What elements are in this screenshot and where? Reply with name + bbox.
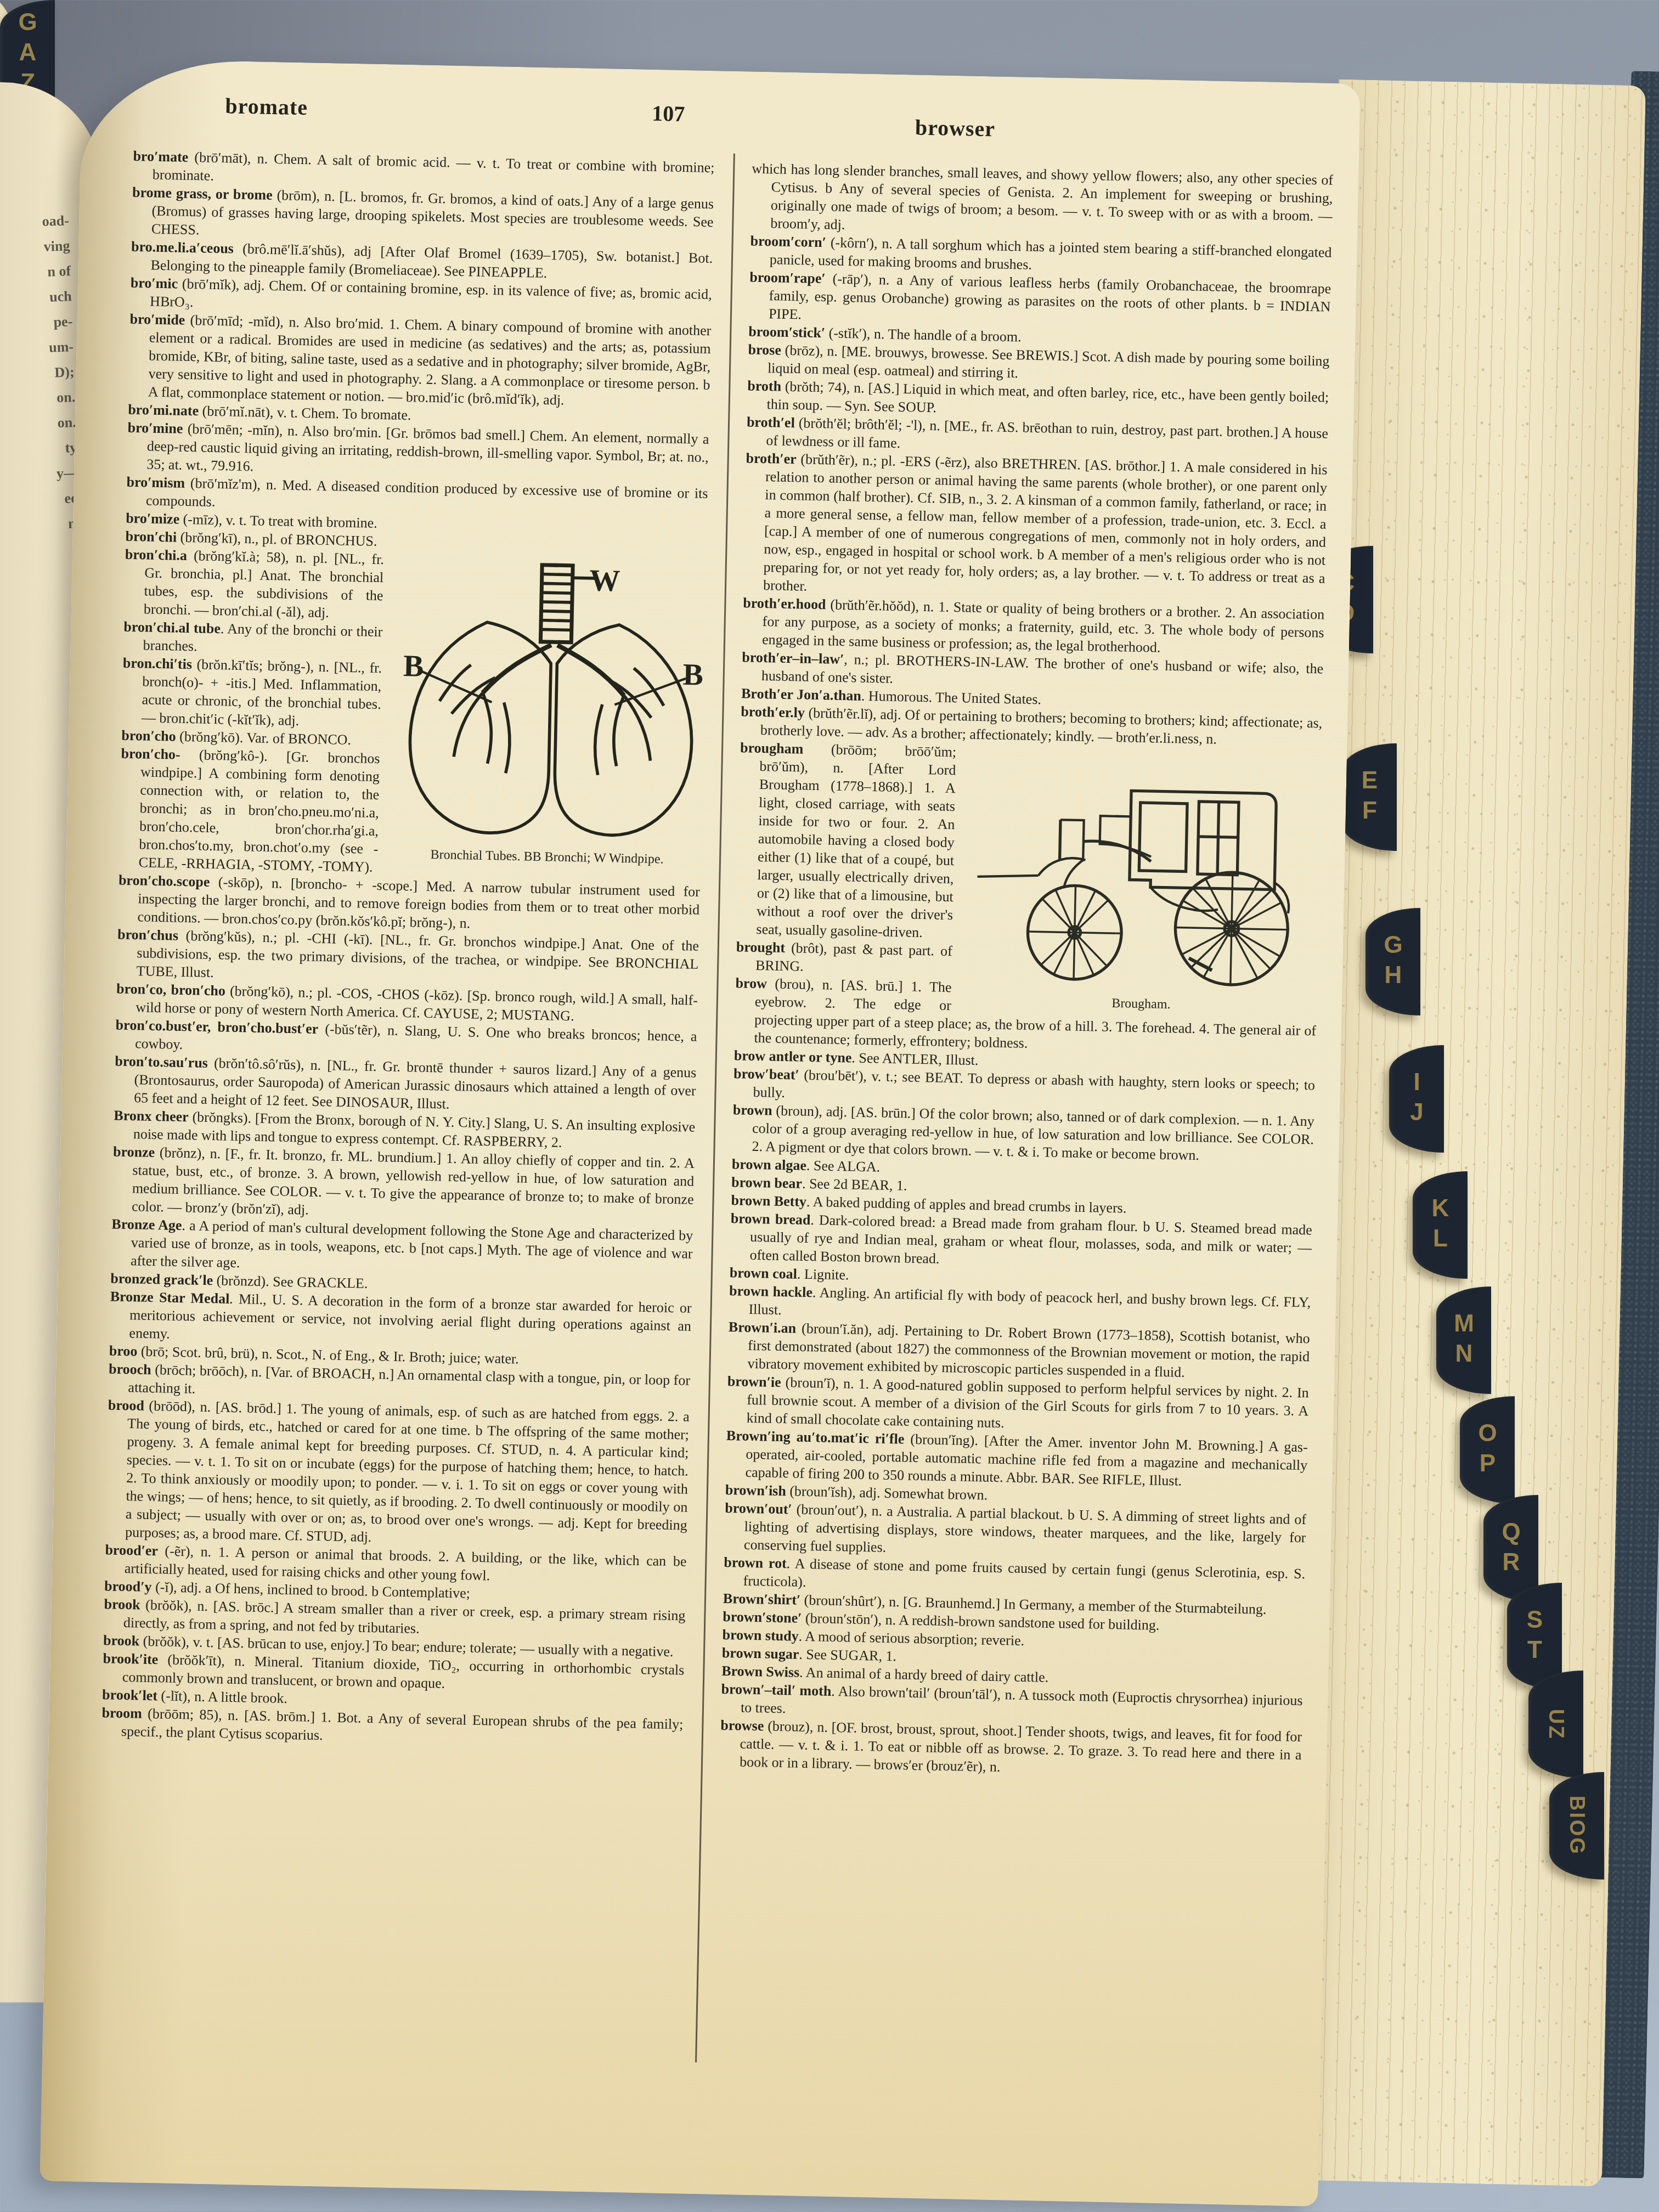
right-column-entries-top: which has long slender branches, small l…	[740, 160, 1333, 751]
headword: Brown′ing au′to.mat′ic ri′fle	[726, 1427, 905, 1447]
headword: bro′mine	[127, 420, 183, 437]
page-number: 107	[652, 100, 685, 127]
definition-text: . Lignite.	[797, 1266, 849, 1283]
definition-text: (brōōm; brōō′ŭm; brō′ŭm), n. [After Lord…	[756, 741, 956, 940]
definition-text: (broun), adj. [AS. brūn.] Of the color b…	[752, 1103, 1314, 1164]
right-column: which has long slender branches, small l…	[712, 160, 1334, 2168]
thumb-tab-label: MN	[1452, 1310, 1476, 1370]
headword: bron′chi.al tube	[123, 619, 221, 637]
cut-off-text-fragment: ving	[42, 233, 70, 259]
definition-text: (brō′mīd; -mĭd), n. Also bro′mid. 1. Che…	[148, 312, 712, 408]
headword: broom′stick′	[748, 323, 825, 341]
headword: bron′co.bust′er, bron′cho.bust′er	[115, 1017, 318, 1037]
cut-off-text-fragment: ty	[49, 435, 77, 461]
headword: brooch	[109, 1361, 151, 1378]
headword: brougham	[740, 740, 804, 757]
thumb-tab[interactable]: UZ	[1528, 1671, 1583, 1778]
headword: Broth′er Jon′a.than	[741, 685, 861, 703]
dictionary-entry: browse (brouz), n. [OF. brost, broust, s…	[720, 1716, 1302, 1782]
dictionary-entry: bro′mide (brō′mīd; -mĭd), n. Also bro′mi…	[128, 310, 712, 412]
headword: brown′out′	[725, 1500, 792, 1517]
headword: brood′er	[105, 1542, 158, 1559]
headword: bron′chi.a	[125, 546, 188, 563]
dictionary-entry: brood (brōōd), n. [AS. brōd.] 1. The you…	[105, 1396, 690, 1552]
headword: bro′mi.nate	[128, 402, 199, 419]
cut-off-text-fragment: um-	[46, 334, 74, 360]
thumb-tab[interactable]: KL	[1413, 1171, 1468, 1279]
running-head: bromate 107 browser	[81, 90, 1360, 154]
headword: Bronx cheer	[114, 1108, 189, 1125]
headword: Brown′i.an	[729, 1319, 797, 1336]
thumb-tab[interactable]: ST	[1507, 1583, 1562, 1690]
definition-text: (broun′ĭsh), adj. Somewhat brown.	[786, 1483, 988, 1503]
definition-text: (-lĭt), n. A little brook.	[157, 1688, 287, 1706]
cut-off-text-fragment: oad-	[42, 208, 70, 234]
thumb-tab-label: GH	[1381, 932, 1405, 992]
headword: brood	[108, 1397, 145, 1413]
definition-text: . See 2d BEAR, 1.	[802, 1176, 907, 1194]
lungs-label-left: B	[403, 649, 425, 684]
headword: brown study	[722, 1627, 799, 1644]
headword: brook	[104, 1596, 140, 1612]
headword: brown hackle	[729, 1283, 812, 1300]
headword: brown bread	[731, 1210, 811, 1228]
cut-off-text-fragment: n of	[43, 258, 71, 285]
headword: bro′mide	[129, 311, 185, 328]
lungs-label-right: B	[682, 658, 704, 692]
brougham-illustration: Brougham.	[966, 746, 1322, 1016]
headword: brown Betty	[731, 1192, 806, 1210]
headword: brown′–tail′ moth	[721, 1681, 831, 1699]
thumb-tab[interactable]: QR	[1483, 1495, 1538, 1602]
headword: bron′chi	[125, 528, 177, 545]
left-column: bro′mate (brō′māt), n. Chem. A salt of b…	[93, 147, 715, 2155]
headword: brow′beat′	[733, 1065, 799, 1082]
definition-text: (brôt), past & past part. of BRING.	[755, 940, 952, 974]
headword: brow antler or tyne	[734, 1047, 852, 1065]
guide-word-right: browser	[915, 114, 995, 142]
headword: Brown Swiss	[721, 1663, 799, 1680]
headword: bron′cho	[121, 727, 176, 744]
headword: brook′let	[102, 1686, 157, 1703]
definition-text: (broun′out′), n. a Australia. A partial …	[744, 1501, 1307, 1555]
definition-text: (brŏn′tô.sô′rŭs), n. [NL., fr. Gr. bront…	[134, 1055, 697, 1112]
headword: broth	[747, 377, 781, 394]
headword: brown′stone′	[723, 1609, 802, 1626]
headword: brown	[733, 1102, 772, 1118]
headword: bro′mic	[131, 275, 178, 292]
headword: broth′er.ly	[741, 703, 805, 720]
thumb-tab-label: OP	[1475, 1420, 1499, 1480]
headword: bronze	[113, 1143, 155, 1160]
cut-off-text-fragment: uch	[44, 284, 72, 310]
dictionary-entry: broth′er (brŭth′ẽr), n.; pl. -ERS (-ẽrz)…	[743, 449, 1328, 605]
headword: brose	[748, 341, 781, 358]
headword: bron′cho.scope	[119, 872, 210, 890]
headword: broth′er.hood	[743, 595, 826, 612]
definition-text: (-rāp′), n. a Any of various leafless he…	[769, 270, 1331, 322]
lungs-label-windpipe: W	[589, 563, 620, 598]
thumb-tab-label: UZ	[1545, 1709, 1566, 1740]
carriage-drawing	[966, 746, 1322, 998]
thumb-tab[interactable]: EF	[1342, 743, 1397, 851]
thumb-tab[interactable]: OP	[1460, 1396, 1515, 1504]
headword: brown sugar	[722, 1645, 799, 1662]
headword: broth′er–in–law′	[742, 649, 844, 667]
headword: bro′mize	[126, 510, 179, 527]
thumb-tab[interactable]: GH	[1365, 908, 1420, 1015]
definition-text: (brŏng′kô-). [Gr. bronchos windpipe.] A …	[138, 747, 380, 875]
thumb-tab-label: BIOG	[1566, 1796, 1587, 1855]
cut-off-text-fragment: on.	[49, 410, 77, 436]
bronchial-tubes-illustration: B W B Bronchial Tubes. BB Bronchi; W Win…	[393, 553, 707, 868]
definition-text: (-skōp), n. [broncho- + -scope.] Med. A …	[137, 874, 700, 932]
thumb-tab-label: IJ	[1404, 1069, 1429, 1129]
thumb-tab-label: ST	[1522, 1606, 1547, 1667]
headword: bron′to.sau′rus	[115, 1053, 208, 1071]
definition-text: (brŏng′kī), n., pl. of BRONCHUS.	[177, 529, 377, 549]
thumb-tab-label: KL	[1428, 1195, 1452, 1255]
headword: brown′ish	[725, 1482, 786, 1499]
headword: browse	[720, 1717, 764, 1734]
headword: broo	[109, 1342, 138, 1359]
definition-text: . See SUGAR, 1.	[799, 1646, 896, 1664]
definition-text: . See ALGA.	[806, 1158, 881, 1175]
headword: broom	[101, 1705, 142, 1721]
definition-text: . Dark-colored bread: a Bread made from …	[749, 1212, 1312, 1267]
lungs-drawing: B W B	[393, 553, 707, 851]
definition-text: . Humorous. The United States.	[861, 688, 1042, 708]
left-column-entries-top: bro′mate (brō′māt), n. Chem. A salt of b…	[125, 147, 714, 557]
definition-text: (brŏng′kō). Var. of BRONCO.	[176, 729, 351, 748]
headword: brown bear	[731, 1174, 802, 1192]
cut-off-text-fragment: D);	[47, 359, 75, 386]
headword: brood′y	[104, 1578, 152, 1595]
definition-text: (brŏnzd). See GRACKLE.	[213, 1272, 368, 1291]
headword: brook′ite	[103, 1650, 158, 1667]
definition-text: (-stĭk′), n. The handle of a broom.	[825, 325, 1022, 345]
headword: brook	[103, 1632, 140, 1649]
definition-text: (brŭth′ẽr), n.; pl. -ERS (-ẽrz), also BR…	[763, 451, 1328, 594]
dictionary-page: bromate 107 browser bro′mate (brō′māt), …	[39, 58, 1360, 2207]
dictionary-entry: which has long slender branches, small l…	[751, 160, 1333, 244]
cut-off-text-fragment: pe-	[45, 309, 73, 335]
headword: brown′ie	[727, 1373, 781, 1390]
definition-text: (brŏnz), n. [F., fr. It. bronzo, fr. ML.…	[132, 1144, 695, 1218]
headword: bro′mism	[126, 474, 185, 491]
definition-text: (brŭth′ẽr.hŏŏd), n. 1. State or quality …	[762, 596, 1325, 655]
definition-text: . See ANTLER, Illust.	[851, 1049, 979, 1068]
headword: broth′er	[746, 450, 797, 467]
thumb-tab-label: EF	[1357, 767, 1381, 827]
cut-off-text-fragment: on.	[48, 385, 76, 411]
thumb-tab-label: QR	[1499, 1519, 1523, 1579]
headword: broom′corn′	[750, 233, 826, 250]
headword: Bronze Star Medal	[110, 1288, 230, 1306]
headword: Brown′shirt′	[723, 1590, 801, 1608]
headword: bron.chi′tis	[123, 655, 193, 673]
headword: bron′chus	[117, 927, 178, 944]
definition-text: (brō′mēn; -mĭn), n. Also bro′min. [Gr. b…	[146, 421, 709, 475]
headword: bron′co, bron′cho	[116, 981, 225, 999]
headword: broom′rape′	[749, 269, 826, 286]
definition-text: (brouz), n. [OF. brost, broust, sprout, …	[740, 1718, 1302, 1775]
headword: brown coal	[730, 1265, 798, 1282]
headword: Bronze Age	[111, 1216, 182, 1233]
definition-text: . a A period of man's cultural developme…	[131, 1217, 693, 1271]
headword: brown rot	[724, 1554, 787, 1571]
guide-word-left: bromate	[225, 93, 308, 120]
photo-scene: CD EF GH IJ KL MN OP	[0, 0, 1659, 2212]
definition-text: (broun′ĭ), n. 1. A good-natured goblin s…	[746, 1374, 1309, 1431]
thumb-tab[interactable]: IJ	[1389, 1045, 1444, 1153]
thumb-tab[interactable]: BIOG	[1549, 1772, 1604, 1880]
definition-text: (brō′māt), n. Chem. A salt of bromic aci…	[153, 149, 715, 184]
headword: brown algae	[732, 1156, 807, 1173]
definition-text: (-mīz), v. t. To treat with bromine.	[179, 511, 377, 531]
headword: bro′mate	[133, 148, 188, 165]
headword: bronzed grack′le	[110, 1270, 213, 1288]
definition-text: (broun′ĭ.ăn), adj. Pertaining to Dr. Rob…	[747, 1321, 1310, 1380]
definition-text: (brōōd), n. [AS. brōd.] 1. The young of …	[125, 1398, 690, 1545]
headword: brow	[735, 975, 767, 991]
headword: bron′cho-	[121, 746, 180, 763]
definition-text: which has long slender branches, small l…	[752, 161, 1333, 233]
definition-text: (brŏng′kŭs), n.; pl. -CHI (-kī). [NL., f…	[136, 928, 699, 980]
headword: brought	[736, 939, 786, 956]
thumb-tab[interactable]: MN	[1436, 1286, 1491, 1394]
headword: bro.me.li.a′ceous	[131, 239, 234, 257]
headword: broth′el	[747, 414, 795, 431]
dictionary-entry: bronze (brŏnz), n. [F., fr. It. bronzo, …	[112, 1143, 695, 1227]
headword: brome grass, or brome	[132, 184, 273, 203]
